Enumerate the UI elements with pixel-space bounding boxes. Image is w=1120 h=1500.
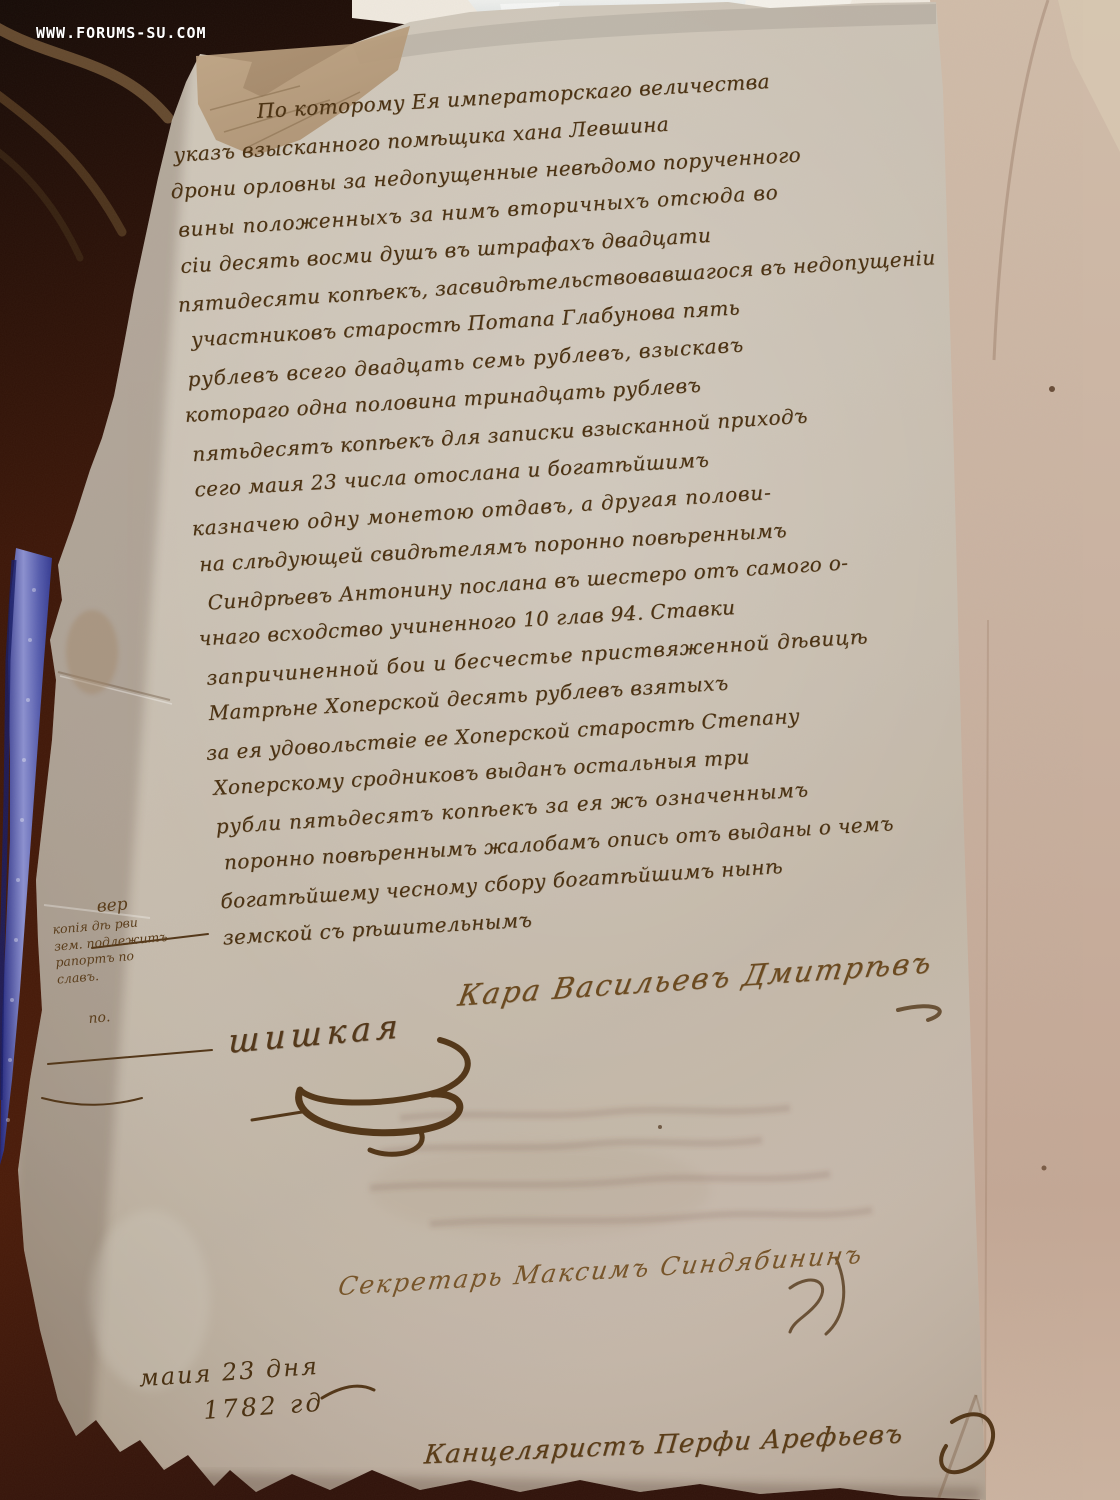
date-block: маия 23 дня 1782 гд xyxy=(138,1352,325,1430)
margin-notes: вер копія дѣ рви зем. подлежитъ рапортъ … xyxy=(50,885,231,1030)
manuscript-body: По которому Ея императорскаго величества… xyxy=(170,51,1002,958)
watermark-text: WWW.FORUMS-SU.COM xyxy=(36,24,207,42)
photo-stage: WWW.FORUMS-SU.COM По которому Ея императ… xyxy=(0,0,1120,1500)
